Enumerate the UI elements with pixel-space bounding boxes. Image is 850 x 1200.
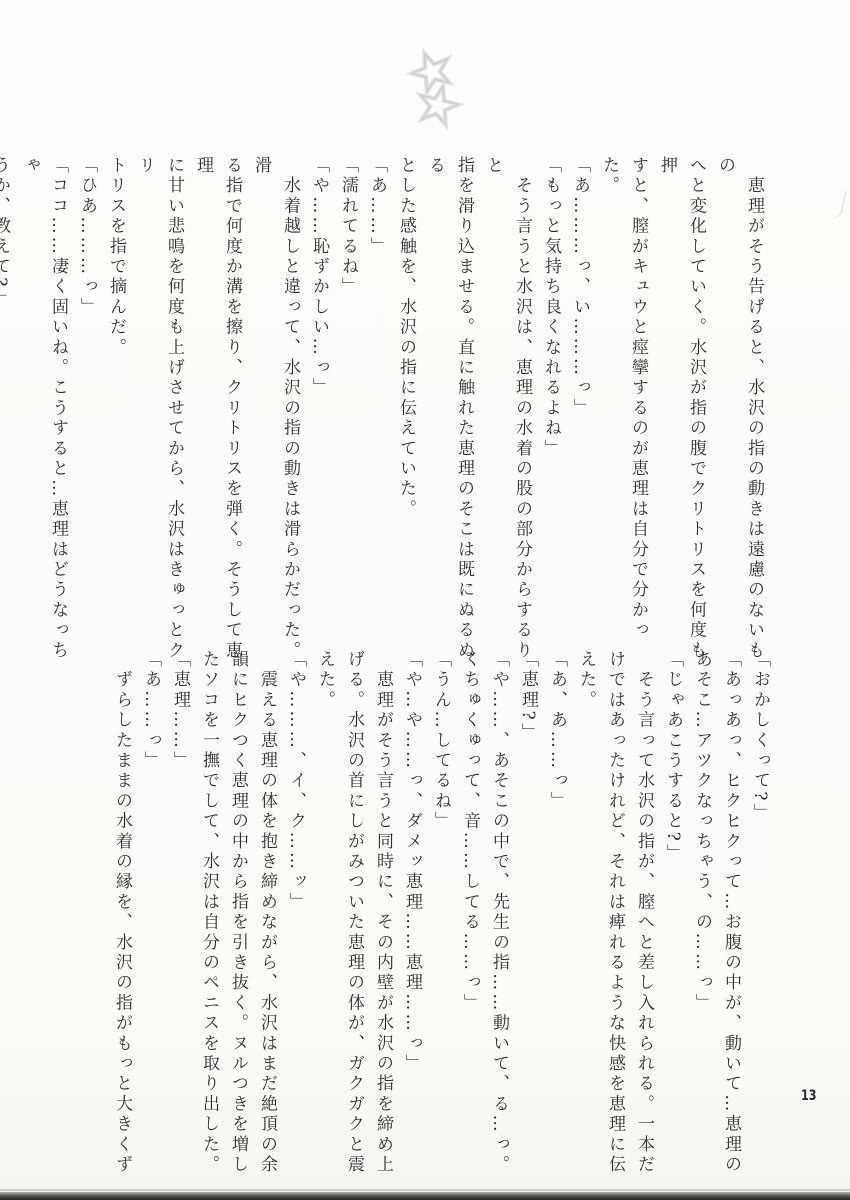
text-block-lower: 「おかしくって?」「あっあっ、ヒクヒクって…お腹の中が、動いて…恵理のあそこ…ア… bbox=[102, 650, 774, 1190]
text-line: へと変化していく。水沢が指の腹でクリトリスを何度も押 bbox=[652, 156, 710, 664]
text-line: 「ココ……凄く固いね。こうすると…恵理はどうなっちゃ bbox=[14, 156, 72, 664]
text-line: 「あ……」 bbox=[362, 156, 391, 664]
text-line: る指で何度か溝を擦り、クリトリスを弾く。そうして恵理 bbox=[188, 156, 246, 664]
text-line: ずらしたままの水着の縁を、水沢の指がもっと大きくず bbox=[107, 650, 136, 1190]
text-line: けではあったけれど、それは痺れるような快感を恵理に伝 bbox=[600, 650, 629, 1190]
text-block-upper: 恵理がそう告げると、水沢の指の動きは遠慮のないものへと変化していく。水沢が指の腹… bbox=[98, 156, 768, 664]
text-line: とした感触を、水沢の指に伝えていた。 bbox=[391, 156, 420, 664]
scanned-page: 恵理がそう告げると、水沢の指の動きは遠慮のないものへと変化していく。水沢が指の腹… bbox=[0, 0, 850, 1200]
text-line: 指を滑り込ませる。直に触れた恵理のそこは既にぬるぬる bbox=[420, 156, 478, 664]
text-line: 「おかしくって?」 bbox=[745, 650, 774, 1190]
text-line: そう言うと水沢は、恵理の水着の股の部分からするりと bbox=[478, 156, 536, 664]
text-line: 「恵理……」 bbox=[165, 650, 194, 1190]
text-line: すと、膣がキュウと痙攣するのが恵理は自分で分かった。 bbox=[594, 156, 652, 664]
text-line: 「や……恥ずかしい…っ」 bbox=[304, 156, 333, 664]
text-line: 「もっと気持ち良くなれるよね」 bbox=[536, 156, 565, 664]
text-line: 韻にヒクつく恵理の中から指を引き抜く。ヌルつきを増し bbox=[223, 650, 252, 1190]
text-line: 「じゃあこうすると?」 bbox=[658, 650, 687, 1190]
text-line: トリスを指で摘んだ。 bbox=[101, 156, 130, 664]
text-line: くちゅくゅって、音……してる……っ」 bbox=[455, 650, 484, 1190]
text-line: 「あ………っ、い………っ」 bbox=[565, 156, 594, 664]
text-line: えた。 bbox=[310, 650, 339, 1190]
text-line: 「あ、あ……っ」 bbox=[542, 650, 571, 1190]
text-line: 「あっあっ、ヒクヒクって…お腹の中が、動いて…恵理の bbox=[716, 650, 745, 1190]
text-line: 水着越しと違って、水沢の指の動きは滑らかだった。滑 bbox=[246, 156, 304, 664]
text-line: 震える恵理の体を抱き締めながら、水沢はまだ絶頂の余 bbox=[252, 650, 281, 1190]
text-line: たソコを一撫でして、水沢は自分のペニスを取り出した。 bbox=[194, 650, 223, 1190]
text-line: 「うん…してるね」 bbox=[426, 650, 455, 1190]
page-number: 13 bbox=[801, 1088, 817, 1104]
text-line: 「や……、あそこの中で、先生の指……動いて、る…っ。 bbox=[484, 650, 513, 1190]
text-line: うか、教えて?」 bbox=[0, 156, 14, 664]
text-line: あそこ…アツクなっちゃう、の……っ」 bbox=[687, 650, 716, 1190]
text-line: そう言って水沢の指が、膣へと差し入れられる。一本だ bbox=[629, 650, 658, 1190]
star-ornament-icon bbox=[392, 44, 478, 140]
text-line: に甘い悲鳴を何度も上げさせてから、水沢はきゅっとクリ bbox=[130, 156, 188, 664]
text-line: 「ひあ………っ」 bbox=[72, 156, 101, 664]
scan-edge-highlight bbox=[0, 1189, 850, 1191]
text-line: 恵理がそう告げると、水沢の指の動きは遠慮のないもの bbox=[710, 156, 768, 664]
text-line: げる。水沢の首にしがみついた恵理の体が、ガクガクと震 bbox=[339, 650, 368, 1190]
text-line: えた。 bbox=[571, 650, 600, 1190]
text-line: 「濡れてるね」 bbox=[333, 156, 362, 664]
scan-crease-mark bbox=[829, 189, 846, 221]
text-line: 「や…や……っ、ダメッ恵理……恵理……っ」 bbox=[397, 650, 426, 1190]
text-line: 「や………、イ、ク……ッ」 bbox=[281, 650, 310, 1190]
text-line: 「あ……っ」 bbox=[136, 650, 165, 1190]
scan-edge-bottom bbox=[0, 1192, 850, 1200]
text-line: 「恵理?」 bbox=[513, 650, 542, 1190]
text-line: 恵理がそう言うと同時に、その内壁が水沢の指を締め上 bbox=[368, 650, 397, 1190]
